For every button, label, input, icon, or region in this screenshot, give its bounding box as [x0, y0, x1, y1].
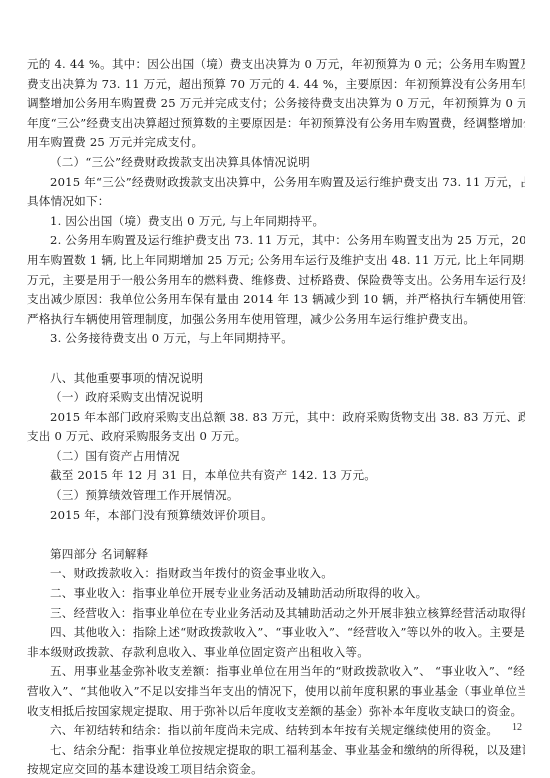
section-heading-sangong-detail: （二）“三公”经费财政拨款支出决算具体情况说明 — [27, 153, 525, 173]
term-other-income: 四、其他收入：指除上述“财政拨款收入”、“事业收入”、“经营收入”等以外的收入。… — [27, 623, 525, 662]
paragraph-line: 营收入”、“其他收入”不足以安排当年支出的情况下，使用以前年度积累的事业基金（事… — [27, 682, 525, 702]
paragraph-line: 四、其他收入：指除上述“财政拨款收入”、“事业收入”、“经营收入”等以外的收入。… — [27, 623, 525, 643]
paragraph-line: 支出 0 万元、政府采购服务支出 0 万元。 — [27, 427, 525, 447]
paragraph-line: 调整增加公务用车购置费 25 万元并完成支付；公务接待费支出决算为 0 万元，年… — [27, 94, 525, 114]
paragraph-line: 七、结余分配：指事业单位按规定提取的职工福利基金、事业基金和缴纳的所得税，以及建… — [27, 741, 525, 761]
list-item-overseas-travel: 1. 因公出国（境）费支出 0 万元, 与上年同期持平。 — [27, 212, 525, 232]
spacer — [27, 349, 525, 369]
term-business-income: 二、事业收入：指事业单位开展专业业务活动及辅助活动所取得的收入。 — [27, 584, 525, 604]
paragraph-line: 万元，主要是用于一般公务用车的燃料费、维修费、过桥路费、保险费等支出。公务用车运… — [27, 271, 525, 291]
subheading-state-assets: （二）国有资产占用情况 — [27, 447, 525, 467]
list-item-reception: 3. 公务接待费支出 0 万元，与上年同期持平。 — [27, 329, 525, 349]
paragraph-line: 用车购置费 25 万元并完成支付。 — [27, 133, 525, 153]
paragraph-line: 2015 年本部门政府采购支出总额 38. 83 万元，其中：政府采购货物支出 … — [27, 408, 525, 428]
term-fiscal-appropriation-income: 一、财政拨款收入：指财政当年拨付的资金事业收入。 — [27, 564, 525, 584]
list-item-vehicle: 2. 公务用车购置及运行维护费支出 73. 11 万元，其中：公务用车购置支出为… — [27, 231, 525, 329]
term-carryover-balance: 六、年初结转和结余：指以前年度尚未完成、结转到本年按有关规定继续使用的资金。 — [27, 721, 525, 741]
paragraph-line: 元的 4. 44 %。其中：因公出国（境）费支出决算为 0 万元，年初预算为 0… — [27, 55, 525, 75]
performance-management-text: 2015 年，本部门没有预算绩效评价项目。 — [27, 506, 525, 526]
part-four-heading: 第四部分 名词解释 — [27, 545, 525, 565]
state-assets-text: 截至 2015 年 12 月 31 日，本单位共有资产 142. 13 万元。 — [27, 466, 525, 486]
subheading-performance-management: （三）预算绩效管理工作开展情况。 — [27, 486, 525, 506]
paragraph-line: 用车购置数 1 辆, 比上年同期增加 25 万元; 公务用车运行及维护支出 48… — [27, 251, 525, 271]
procurement-paragraph: 2015 年本部门政府采购支出总额 38. 83 万元，其中：政府采购货物支出 … — [27, 408, 525, 447]
sangong-detail-intro: 2015 年“三公”经费财政拨款支出决算中，公务用车购置及运行维护费支出 73.… — [27, 173, 525, 212]
paragraph-line: 非本级财政拨款、存款利息收入、事业单位固定资产出租收入等。 — [27, 643, 525, 663]
paragraph-line: 2. 公务用车购置及运行维护费支出 73. 11 万元，其中：公务用车购置支出为… — [27, 231, 525, 251]
paragraph-line: 按规定应交回的基本建设竣工项目结余资金。 — [27, 760, 525, 778]
spacer — [27, 525, 525, 545]
sangong-summary-paragraph: 元的 4. 44 %。其中：因公出国（境）费支出决算为 0 万元，年初预算为 0… — [27, 55, 525, 153]
page-number: 12 — [512, 722, 522, 733]
paragraph-line: 年度“三公”经费支出决算超过预算数的主要原因是：年初预算没有公务用车购置费，经调… — [27, 114, 525, 134]
section-heading-other-matters: 八、其他重要事项的情况说明 — [27, 369, 525, 389]
subheading-procurement: （一）政府采购支出情况说明 — [27, 388, 525, 408]
paragraph-line: 严格执行车辆使用管理制度，加强公务用车使用管理，减少公务用车运行维护费支出。 — [27, 310, 525, 330]
paragraph-line: 收支相抵后按国家规定提取、用于弥补以后年度收支差额的基金）弥补本年度收支缺口的资… — [27, 702, 525, 722]
paragraph-line: 五、用事业基金弥补收支差额：指事业单位在用当年的“财政拨款收入”、 “事业收入”… — [27, 662, 525, 682]
paragraph-line: 支出减少原因：我单位公务用车保有量由 2014 年 13 辆减少到 10 辆，并… — [27, 290, 525, 310]
paragraph-line: 具体情况如下： — [27, 192, 525, 212]
paragraph-line: 费支出决算为 73. 11 万元，超出预算 70 万元的 4. 44 %，主要原… — [27, 75, 525, 95]
paragraph-line: 2015 年“三公”经费财政拨款支出决算中，公务用车购置及运行维护费支出 73.… — [27, 173, 525, 193]
document-page: 元的 4. 44 %。其中：因公出国（境）费支出决算为 0 万元，年初预算为 0… — [27, 55, 525, 778]
term-surplus-distribution: 七、结余分配：指事业单位按规定提取的职工福利基金、事业基金和缴纳的所得税，以及建… — [27, 741, 525, 778]
term-operating-income: 三、经营收入：指事业单位在专业业务活动及其辅助活动之外开展非独立核算经营活动取得… — [27, 604, 525, 624]
term-business-fund-offset: 五、用事业基金弥补收支差额：指事业单位在用当年的“财政拨款收入”、 “事业收入”… — [27, 662, 525, 721]
